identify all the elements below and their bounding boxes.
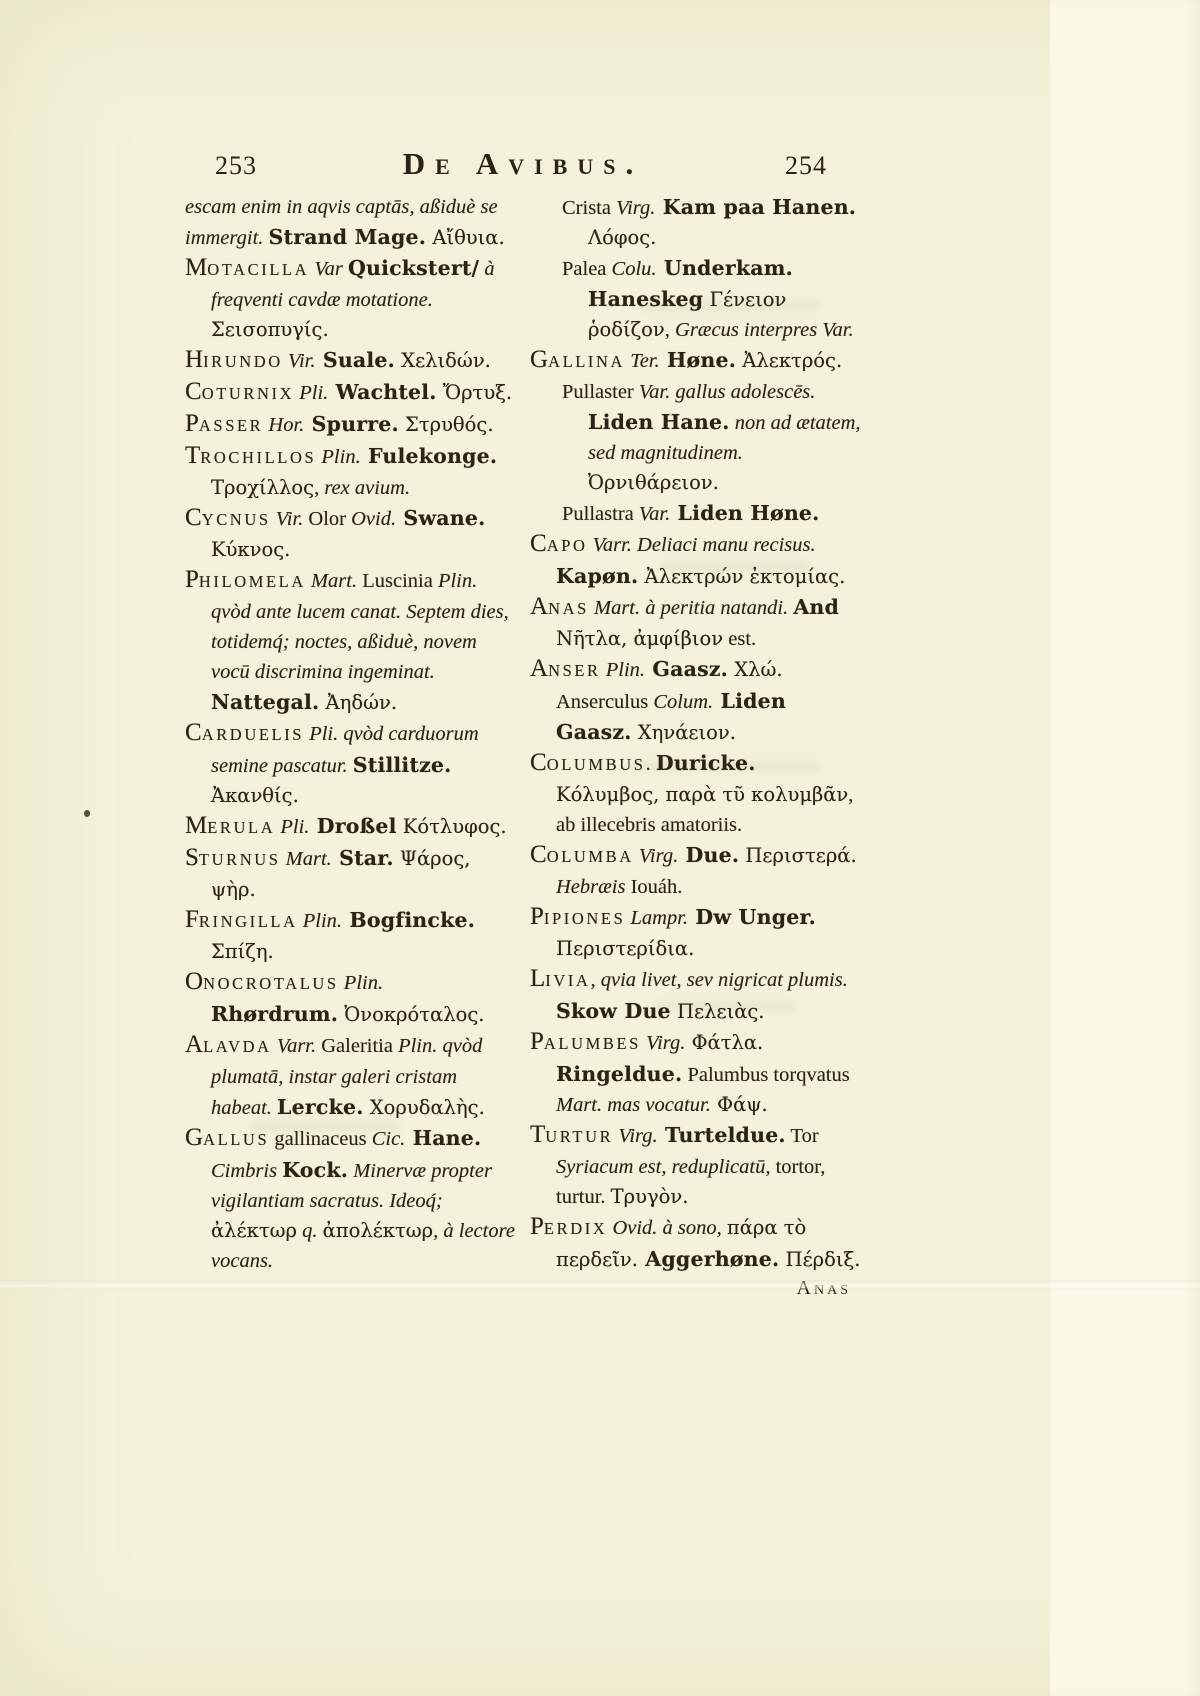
entry-run-gr: Περιστερά. (739, 844, 856, 867)
entry: STURNUS Mart. Star. Ψάρος, ψὴρ. (185, 843, 516, 905)
entry-run-it: Mart. (306, 570, 357, 592)
entry-run-gr: Φάψ. (711, 1093, 768, 1116)
entry-run-sc: GALLUS (185, 1128, 269, 1150)
entry-run-bl: Gaasz. (645, 657, 728, 681)
entry-run-ro: Crista (562, 197, 616, 219)
entry: Palea Colu. Underkam. Haneskeg Γένειον ῥ… (530, 253, 861, 345)
entry-run-sc: CYCNUS (185, 508, 271, 530)
entry-run-it: Cic. (372, 1128, 406, 1150)
entry-run-sc: CARDUELIS (185, 723, 304, 745)
entry-run-gr: Κόλυμβος, παρὰ τῦ κολυμβᾶν (556, 783, 848, 806)
entry-run-it: Mart. à peritia natandi. (589, 597, 793, 619)
entry-run-gr: Αἴθυια. (426, 226, 505, 249)
entry-run-gr: ἀλέκτωρ (211, 1219, 297, 1242)
entry-run-gr: Τροχίλλος (211, 476, 314, 499)
entry-run-sc: TURTUR (530, 1125, 613, 1147)
entry-run-gr: Χελιδών. (395, 349, 491, 372)
entry-run-it: Plin. (298, 910, 342, 932)
entry-run-gr: Σεισοπυγίς. (211, 318, 329, 341)
entry-run-gr: Ἀκανθίς. (211, 784, 299, 807)
entry: PALUMBES Virg. Φάτλα. Ringeldue. Palumbu… (530, 1027, 861, 1120)
entry-run-it: Græcus interpres Var. (675, 319, 854, 341)
entry-run-bl: Quickstert/ (348, 256, 479, 280)
entry-run-bl: Liden Høne. (670, 501, 819, 525)
entry-run-it: q. (297, 1220, 323, 1242)
entry-run-ro: Luscinia (357, 570, 438, 592)
entry: HIRUNDO Vir. Suale. Χελιδών. (185, 345, 516, 377)
entry-run-it: Mart. (281, 848, 332, 870)
entry-run-ro: , (665, 319, 675, 341)
entry-run-gr: Ὄρτυξ. (437, 381, 513, 404)
page-number-right: 254 (785, 151, 861, 181)
entry-run-it: Var. (639, 503, 670, 525)
entry: PASSER Hor. Spurre. Στρυθός. (185, 409, 516, 441)
entry-run-it: Pli. (275, 816, 309, 838)
entry: ALAVDA Varr. Galeritia Plin. qvòd plumat… (185, 1030, 516, 1123)
entry-run-sc: TROCHILLOS (185, 446, 316, 468)
entry-run-gr: Σπίζη. (211, 940, 274, 963)
entry-run-bl: Lercke. (277, 1095, 364, 1119)
entry-run-gr: Λόφος. (588, 226, 656, 249)
entry-run-it: Ovid. à sono, (607, 1217, 727, 1239)
entry-run-sc: PIPIONES (530, 907, 625, 929)
entry-run-ro: , (591, 969, 601, 991)
entry-run-bl: Kock. (282, 1158, 348, 1182)
entry: GALLINA Ter. Høne. Ἀλεκτρός. (530, 345, 861, 377)
entry: ANSER Plin. Gaasz. Χλώ. Anserculus Colum… (530, 654, 861, 748)
text-block: 253 De Avibus. 254 escam enim in aqvis c… (185, 146, 861, 1300)
entry-run-it: Lampr. (625, 907, 688, 929)
entry-run-bl: Kapøn. (556, 564, 638, 588)
entry-run-gr: Πέρδιξ. (779, 1248, 860, 1271)
column-right: Crista Virg. Kam paa Hanen. Λόφος.Palea … (530, 192, 861, 1300)
entry-run-gr: Φάτλα. (685, 1031, 763, 1054)
paper-crease-line (0, 1280, 1200, 1290)
entry: COTURNIX Pli. Wachtel. Ὄρτυξ. (185, 377, 516, 409)
entry-run-gr: Περιστερίδια. (556, 937, 694, 960)
entry-run-gr: Χηνάειον. (632, 721, 736, 744)
entry-run-bl: Wachtel. (328, 380, 436, 404)
entry-run-bl: Nattegal. (211, 690, 319, 714)
entry-run-sc: COTURNIX (185, 382, 294, 404)
entry-run-bl: And (793, 595, 839, 619)
entry-run-sc: COLUMBA (530, 845, 634, 867)
entry-run-sc: PERDIX (530, 1217, 607, 1239)
entry-run-bl: Strand Mage. (269, 225, 427, 249)
two-column-text: escam enim in aqvis captās, aßiduè se im… (185, 192, 861, 1300)
entry-run-gr: Ἀλεκτρών ἐκτομίας. (638, 565, 845, 588)
ink-speck (84, 810, 90, 817)
entry-run-ro: Palumbus torqvatus (682, 1064, 849, 1086)
entry-run-sc: HIRUNDO (185, 350, 283, 372)
entry: CAPO Varr. Deliaci manu recisus. Kapøn. … (530, 529, 861, 592)
entry-run-sc: ANAS (530, 597, 589, 619)
entry-run-gr: Πελειὰς. (671, 1000, 765, 1023)
entry-run-it: Syriacum est, reduplicatū, (556, 1156, 776, 1178)
entry-run-it: Cimbris (211, 1160, 282, 1182)
entry-run-ro: Tor (786, 1125, 819, 1147)
entry-run-bl: Fulekonge. (361, 444, 498, 468)
entry-run-sc: GALLINA (530, 350, 625, 372)
entry-run-ro: Anserculus (556, 691, 653, 713)
entry-run-it: Colu. (612, 258, 657, 280)
entry-run-sc: FRINGILLA (185, 910, 298, 932)
entry: Pullaster Var. gallus adolescēs. Liden H… (530, 377, 861, 498)
entry-run-gr: Κότλυφος. (397, 815, 507, 838)
entry: MERULA Pli. Droßel Κότλυφος. (185, 811, 516, 843)
entry-run-it: Virg. (641, 1032, 685, 1054)
entry-run-it: Vir. (271, 508, 304, 530)
entry: PHILOMELA Mart. Luscinia Plin. qvòd ante… (185, 565, 516, 718)
entry-run-it: Plin. (339, 972, 383, 994)
page-number-left: 253 (185, 151, 257, 181)
entry-run-it: Var. gallus adolescēs. (639, 381, 816, 403)
entry-run-ro: . (646, 753, 656, 775)
entry-run-bl: Bogfincke. (342, 908, 475, 932)
entry-run-ro: est. (723, 628, 756, 650)
entry-run-it: Plin. (601, 659, 645, 681)
entry-run-gr: Κύκνος. (211, 538, 290, 561)
entry-run-it: Colum. (653, 691, 713, 713)
entry-run-gr: Ὀρνιθάρειον. (588, 471, 719, 494)
entry-run-gr: Νῆτλα, ἀμφίβιον (556, 627, 723, 650)
entry-run-it: Hebræis (556, 876, 631, 898)
entry-run-bl: Aggerhøne. (638, 1247, 779, 1271)
entry-run-it: Ter. (625, 350, 660, 372)
entry: Crista Virg. Kam paa Hanen. Λόφος. (530, 192, 861, 253)
entry-run-bl: Star. (332, 846, 394, 870)
entry: escam enim in aqvis captās, aßiduè se im… (185, 192, 516, 253)
scanned-book-page: 253 De Avibus. 254 escam enim in aqvis c… (0, 0, 1200, 1696)
entry-run-sc: MERULA (185, 816, 275, 838)
entry-run-sc: COLUMBUS (530, 753, 646, 775)
entry-run-bl: Rhørdrum. (211, 1002, 338, 1026)
entry-run-sc: CAPO (530, 534, 588, 556)
entry-run-gr: ἀπολέκτωρ (323, 1219, 434, 1242)
entry: ANAS Mart. à peritia natandi. And Νῆτλα,… (530, 592, 861, 654)
entry-run-bl: Ringeldue. (556, 1062, 682, 1086)
entry-run-ro: Olor (303, 508, 351, 530)
entry-run-it: Varr. (272, 1035, 316, 1057)
entry-run-bl: Kam paa Hanen. (655, 195, 856, 219)
entry-run-ro: Iouáh. (631, 876, 683, 898)
entry-run-it: Plin. (316, 446, 360, 468)
entry: CARDUELIS Pli. qvòd carduorum semine pas… (185, 718, 516, 811)
entry: PERDIX Ovid. à sono, πάρα τὸ περδεῖν. Ag… (530, 1212, 861, 1275)
column-left: escam enim in aqvis captās, aßiduè se im… (185, 192, 516, 1300)
entry-run-gr: Τρυγὸν. (611, 1185, 689, 1208)
entry: Pullastra Var. Liden Høne. (530, 498, 861, 529)
entry: FRINGILLA Plin. Bogfincke. Σπίζη. (185, 905, 516, 967)
entry-run-ro: Palea (562, 258, 612, 280)
entry-run-gr: Ἀηδών. (319, 691, 397, 714)
entry-run-it: Pli. (294, 382, 328, 404)
entry-run-sc: STURNUS (185, 848, 281, 870)
entry-run-it: Virg. (634, 845, 678, 867)
entry-run-it: Var (309, 258, 348, 280)
entry-run-it: Mart. mas vocatur. (556, 1094, 711, 1116)
entry-run-ro: Galeritia (316, 1035, 398, 1057)
entry-run-bl: Spurre. (304, 412, 399, 436)
entry-run-it: Virg. (616, 197, 655, 219)
entry-run-gr: Χορυδαλὴς. (364, 1096, 485, 1119)
entry-run-sc: ANSER (530, 659, 601, 681)
entry-run-sc: PHILOMELA (185, 570, 306, 592)
entry-run-bl: Suale. (315, 348, 395, 372)
entry-run-ro: gallinaceus (269, 1128, 371, 1150)
entry: COLUMBUS. Duricke. Κόλυμβος, παρὰ τῦ κολ… (530, 748, 861, 840)
entry-run-it: rex avium. (324, 477, 410, 499)
entry-run-bl: Liden Hane. (588, 410, 730, 434)
entry-run-it: Ovid. (351, 508, 396, 530)
entry-run-bl: Skow Due (556, 999, 671, 1023)
entry: ONOCROTALUS Plin. Rhørdrum. Ὀνοκρόταλος. (185, 967, 516, 1030)
entry-run-gr: Στρυθός. (399, 413, 494, 436)
entry-run-bl: Turteldue. (658, 1123, 786, 1147)
entry-run-bl: Droßel (309, 814, 396, 838)
entry-run-ro: Pullastra (562, 503, 639, 525)
entry-run-sc: ONOCROTALUS (185, 972, 339, 994)
entry-run-bl: Høne. (660, 348, 736, 372)
entry: CYCNUS Vir. Olor Ovid. Swane. Κύκνος. (185, 503, 516, 565)
page-title: De Avibus. (403, 146, 643, 182)
entry-run-sc: PALUMBES (530, 1032, 641, 1054)
running-header: 253 De Avibus. 254 (185, 146, 861, 182)
entry-run-it: Hor. (263, 414, 304, 436)
entry-run-sc: LIVIA (530, 969, 591, 991)
entry: TURTUR Virg. Turteldue. Tor Syriacum est… (530, 1120, 861, 1212)
entry-run-it: Virg. (613, 1125, 657, 1147)
entry-run-bl: Stillitze. (353, 753, 452, 777)
entry-run-it: Vir. (283, 350, 316, 372)
entry-run-bl: Duricke. (656, 751, 756, 775)
scan-edge-strip (1050, 0, 1200, 1696)
entry-run-gr: Ὀνοκρόταλος. (338, 1003, 484, 1026)
entry-run-bl: Due. (678, 843, 739, 867)
entry-run-gr: Ἀλεκτρός. (736, 349, 842, 372)
entry-run-ro: Pullaster (562, 381, 639, 403)
entry-run-gr: Χλώ. (728, 658, 783, 681)
entry: MOTACILLA Var Quickstert/ à freqventi ca… (185, 253, 516, 345)
entry-run-sc: ALAVDA (185, 1035, 272, 1057)
entry: PIPIONES Lampr. Dw Unger. Περιστερίδια. (530, 902, 861, 964)
entry-run-it: qvia livet, sev nigricat plumis. (601, 969, 848, 991)
entry: GALLUS gallinaceus Cic. Hane. Cimbris Ko… (185, 1123, 516, 1276)
entry-run-ro: , (314, 477, 324, 499)
entry-run-bl: Hane. (405, 1126, 481, 1150)
entry-run-it: Varr. Deliaci manu recisus. (588, 534, 816, 556)
entry-run-sc: PASSER (185, 414, 263, 436)
entry-run-bl: Dw Unger. (688, 905, 816, 929)
entry: COLUMBA Virg. Due. Περιστερά. Hebræis Io… (530, 840, 861, 902)
entry: TROCHILLOS Plin. Fulekonge. Τροχίλλος, r… (185, 441, 516, 503)
entry-run-sc: MOTACILLA (185, 258, 309, 280)
entry-run-bl: Swane. (396, 506, 485, 530)
entry: LIVIA, qvia livet, sev nigricat plumis. … (530, 964, 861, 1027)
